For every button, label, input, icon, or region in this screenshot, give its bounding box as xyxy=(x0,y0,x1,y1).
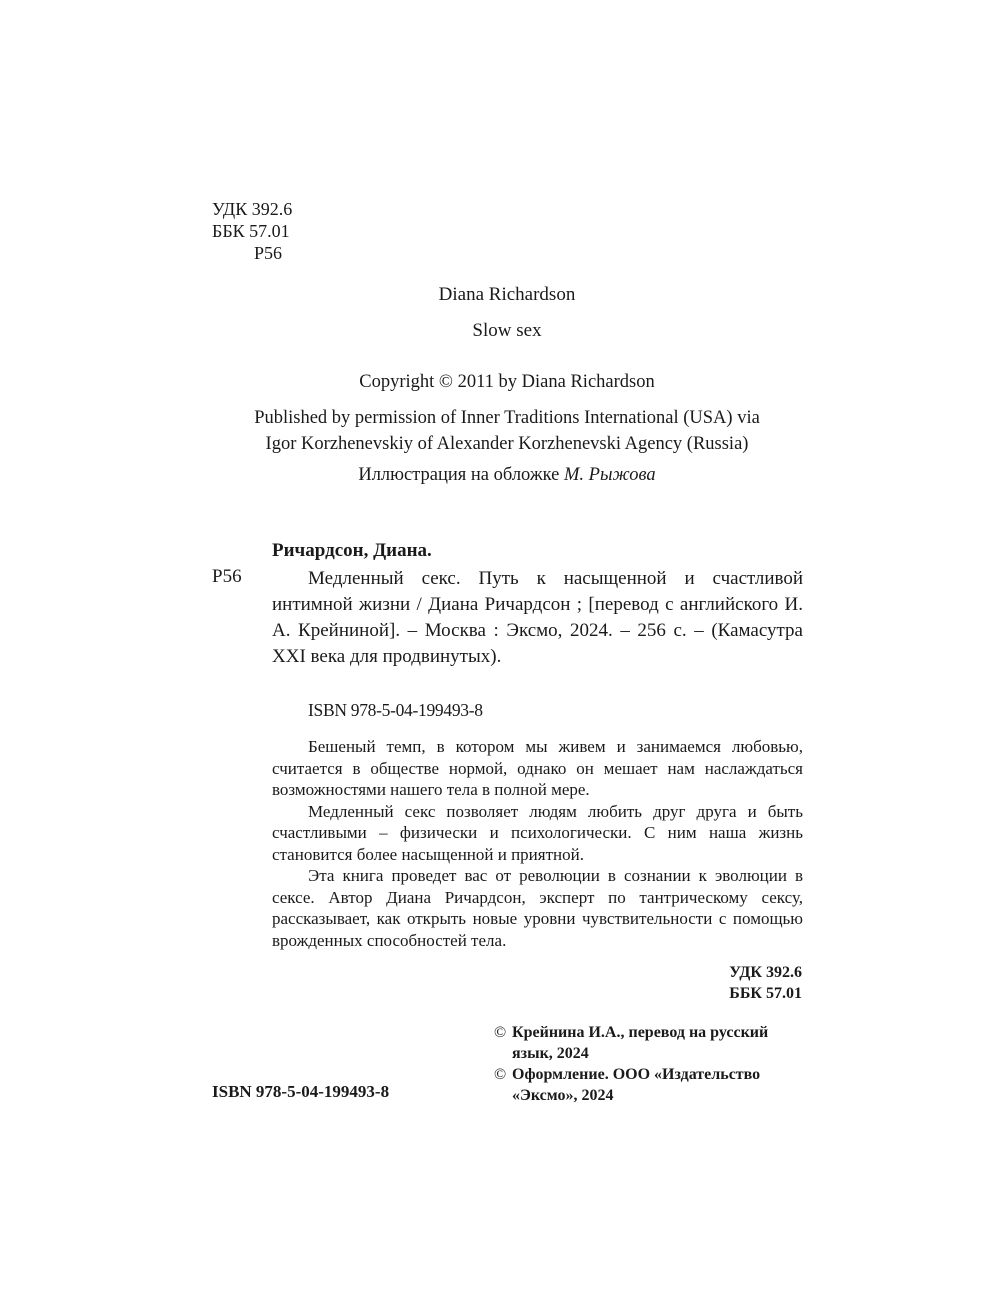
original-author: Diana Richardson xyxy=(212,284,802,306)
bbk-code: ББК 57.01 xyxy=(212,220,292,242)
publication-permission-line-2: Igor Korzhenevskiy of Alexander Korzhene… xyxy=(212,431,802,457)
udk-code: УДК 392.6 xyxy=(212,198,292,220)
footer-bbk: ББК 57.01 xyxy=(600,983,802,1004)
footer-udk: УДК 392.6 xyxy=(600,962,802,983)
copyright-icon: © xyxy=(494,1064,512,1085)
bibliographic-description: Медленный секс. Путь к насыщенной и счас… xyxy=(272,566,803,670)
publication-permission: Published by permission of Inner Traditi… xyxy=(212,405,802,457)
copyright-translation: ©Крейнина И.А., перевод на русский язык,… xyxy=(494,1022,806,1064)
copyright-icon: © xyxy=(494,1022,512,1043)
annotation-paragraph: Медленный секс позволяет людям любить др… xyxy=(272,801,803,866)
classification-codes: УДК 392.6 ББК 57.01 Р56 xyxy=(212,198,292,264)
illustration-artist: М. Рыжова xyxy=(564,465,656,485)
annotation: Бешеный темп, в котором мы живем и заним… xyxy=(272,736,803,951)
publication-permission-line-1: Published by permission of Inner Traditi… xyxy=(212,405,802,431)
footer-copyrights: ©Крейнина И.А., перевод на русский язык,… xyxy=(494,1022,806,1106)
footer-classification-codes: УДК 392.6 ББК 57.01 xyxy=(600,962,802,1004)
original-title: Slow sex xyxy=(212,320,802,342)
author-mark: Р56 xyxy=(212,242,292,264)
illustration-label: Иллюстрация на обложке xyxy=(358,465,559,485)
annotation-paragraph: Эта книга проведет вас от революции в со… xyxy=(272,865,803,951)
cover-illustration-credit: Иллюстрация на обложке М. Рыжова xyxy=(212,465,802,486)
original-copyright: Copyright © 2011 by Diana Richardson xyxy=(212,372,802,393)
copyright-design: ©Оформление. ООО «Издательство «Эксмо», … xyxy=(494,1064,806,1106)
bibliographic-isbn: ISBN 978-5-04-199493-8 xyxy=(308,700,483,721)
bibliographic-code: Р56 xyxy=(212,566,242,588)
footer-isbn: ISBN 978-5-04-199493-8 xyxy=(212,1082,389,1102)
bibliographic-author-heading: Ричардсон, Диана. xyxy=(272,540,432,562)
annotation-paragraph: Бешеный темп, в котором мы живем и заним… xyxy=(272,736,803,801)
